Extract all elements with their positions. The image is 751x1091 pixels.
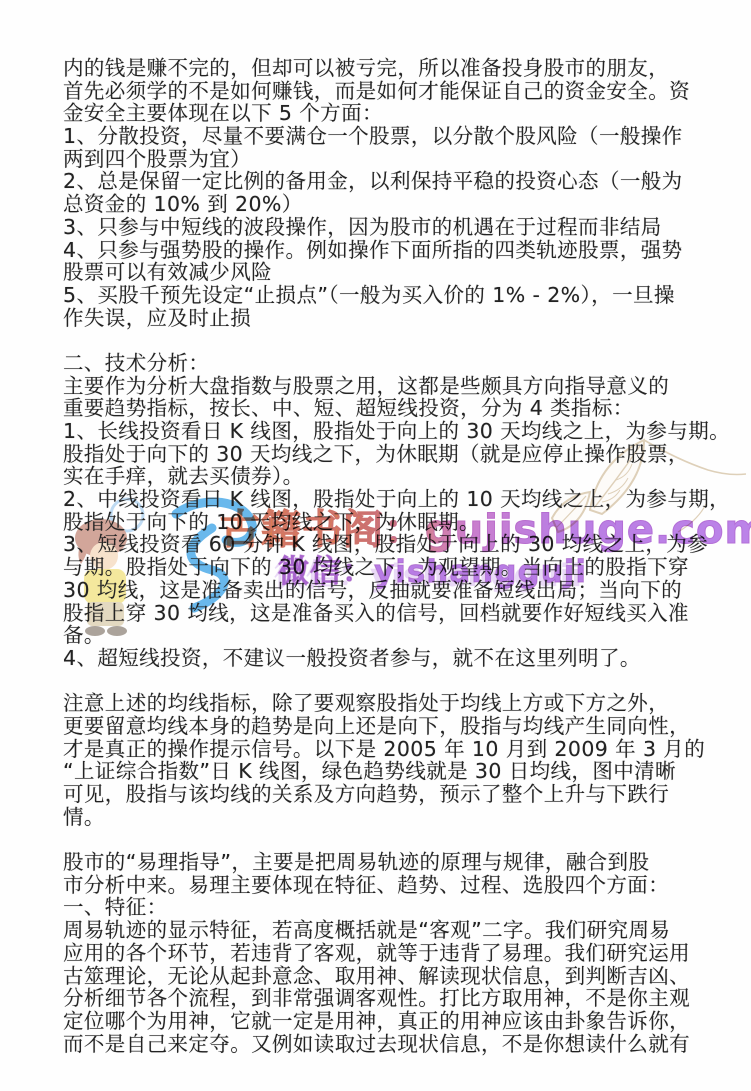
- text-line: 5、买股千预先设定“止损点”（一般为买入价的 1% - 2%），一旦操: [63, 284, 708, 307]
- text-line: 应用的各个环节，若违背了客观，就等于违背了易理。我们研究运用: [63, 942, 708, 965]
- text-line: 可见，股指与该均线的关系及方向趋势，预示了整个上升与下跌行: [63, 783, 708, 806]
- text-line: 1、长线投资看日 K 线图，股指处于向上的 30 天均线之上，为参与期。: [63, 420, 708, 443]
- text-line: 二、技术分析：: [63, 352, 708, 375]
- text-line: “上证综合指数”日 K 线图，绿色趋势线就是 30 日均线，图中清晰: [63, 760, 708, 783]
- text-line: 才是真正的操作提示信号。以下是 2005 年 10 月到 2009 年 3 月的: [63, 738, 708, 761]
- text-line: 首先必须学的不是如何赚钱，而是如何才能保证自己的资金安全。资: [63, 80, 708, 103]
- text-line: 市分析中来。易理主要体现在特征、趋势、过程、选股四个方面：: [63, 874, 708, 897]
- text-line: 股票可以有效减少风险: [63, 261, 708, 284]
- text-line: 3、只参与中短线的波段操作，因为股市的机遇在于过程而非结局: [63, 216, 708, 239]
- text-line: 内的钱是赚不完的，但却可以被亏完，所以准备投身股市的朋友，: [63, 57, 708, 80]
- text-line: 注意上述的均线指标，除了要观察股指处于均线上方或下方之外，: [63, 692, 708, 715]
- text-line: 周易轨迹的显示特征，若高度概括就是“客观”二字。我们研究周易: [63, 919, 708, 942]
- text-line: 作失误，应及时止损: [63, 307, 708, 330]
- text-line: 分析细节各个流程，到非常强调客观性。打比方取用神，不是你主观: [63, 987, 708, 1010]
- text-line: 两到四个股票为宜）: [63, 148, 708, 171]
- text-line: 一、特征：: [63, 896, 708, 919]
- text-line: 4、超短线投资，不建议一般投资者参与，就不在这里列明了。: [63, 647, 708, 670]
- text-line: 而不是自己来定夺。又例如读取过去现状信息，不是你想读什么就有: [63, 1033, 708, 1056]
- text-line: 主要作为分析大盘指数与股票之用，这都是些颇具方向指导意义的: [63, 375, 708, 398]
- text-line: 更要留意均线本身的趋势是向上还是向下，股指与均线产生同向性，: [63, 715, 708, 738]
- text-line: 重要趋势指标，按长、中、短、超短线投资，分为 4 类指标：: [63, 397, 708, 420]
- text-line: 2、总是保留一定比例的备用金，以利保持平稳的投资心态（一般为: [63, 170, 708, 193]
- text-line: 1、分散投资，尽量不要满仓一个股票，以分散个股风险（一般操作: [63, 125, 708, 148]
- text-line: 股指处于向下的 30 天均线之下，为休眠期（就是应停止操作股票，: [63, 443, 708, 466]
- text-line: 股指上穿 30 均线，这是准备买入的信号，回档就要作好短线买入准: [63, 602, 708, 625]
- text-line: 情。: [63, 806, 708, 829]
- text-line: 古筮理论，无论从起卦意念、取用神、解读现状信息，到判断吉凶、: [63, 965, 708, 988]
- text-line: 定位哪个为用神，它就一定是用神，真正的用神应该由卦象告诉你，: [63, 1010, 708, 1033]
- text-line: 金安全主要体现在以下 5 个方面：: [63, 102, 708, 125]
- text-line: [63, 329, 708, 352]
- text-line: 总资金的 10% 到 20%）: [63, 193, 708, 216]
- text-line: 4、只参与强势股的操作。例如操作下面所指的四类轨迹股票，强势: [63, 239, 708, 262]
- text-line: [63, 828, 708, 851]
- document-page: 内的钱是赚不完的，但却可以被亏完，所以准备投身股市的朋友，首先必须学的不是如何赚…: [0, 0, 751, 1091]
- text-line: 实在手痒，就去买债券）。: [63, 465, 708, 488]
- watermark-wechat-text: 微信：yishangguji: [278, 546, 587, 591]
- text-line: 股市的“易理指导”，主要是把周易轨迹的原理与规律，融合到股: [63, 851, 708, 874]
- text-line: 备。: [63, 624, 708, 647]
- text-line: [63, 670, 708, 693]
